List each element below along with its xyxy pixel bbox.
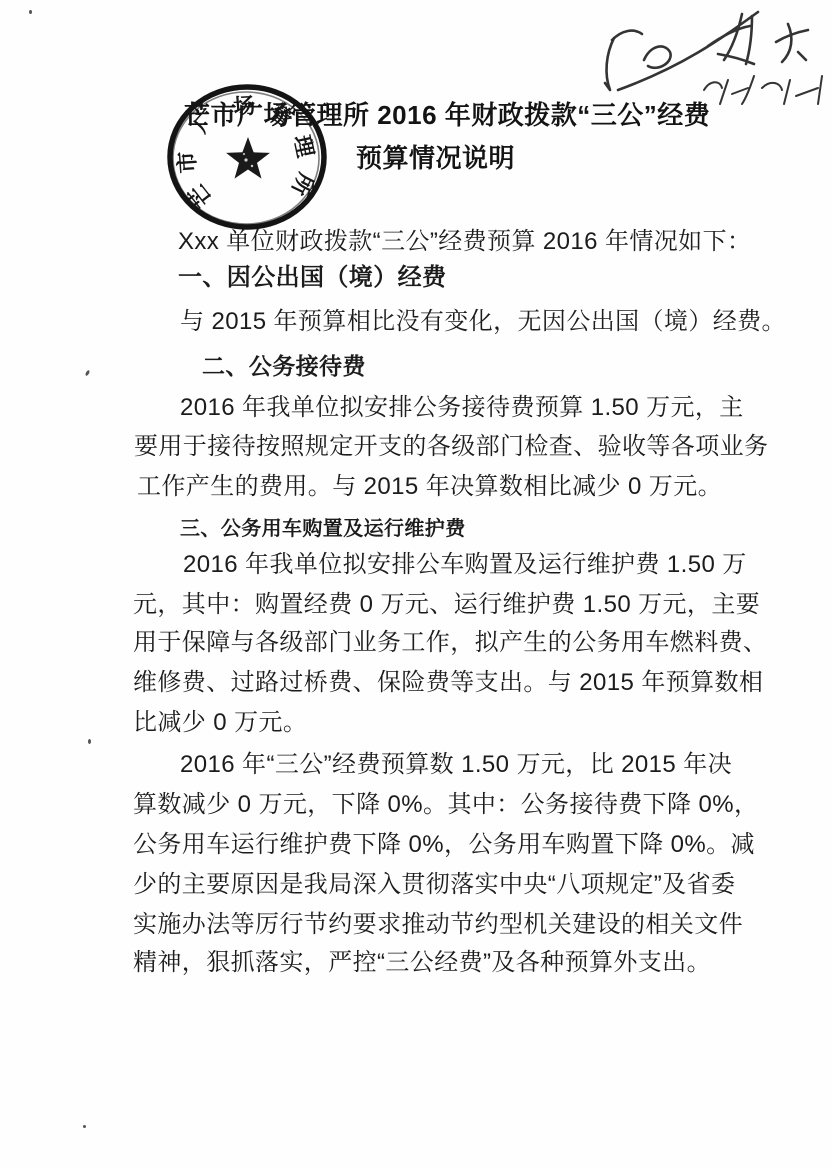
handwritten-note — [592, 2, 832, 114]
ink-speck — [83, 1125, 86, 1128]
approval-scribble-svg — [592, 2, 832, 114]
text-line: 2016 年“三公”经费预算数 1.50 万元，比 2015 年决 — [180, 751, 732, 778]
ink-speck — [85, 370, 91, 377]
seal-star-icon — [226, 137, 270, 179]
text-line: 精神，狠抓落实，严控“三公经费”及各种预算外支出。 — [133, 949, 711, 976]
text-line: 实施办法等厉行节约要求推动节约型机关建设的相关文件 — [133, 911, 743, 938]
text-line: 要用于接待按照规定开支的各级部门检查、验收等各项业务 — [134, 433, 768, 460]
text-line: 工作产生的费用。与 2015 年决算数相比减少 0 万元。 — [137, 473, 722, 500]
section-heading-1: 一、因公出国（境）经费 — [178, 264, 446, 291]
text-line: 少的主要原因是我局深入贯彻落实中央“八项规定”及省委 — [133, 871, 735, 898]
text-line: 算数减少 0 万元，下降 0%。其中：公务接待费下降 0%， — [133, 791, 758, 818]
text-line: 2016 年我单位拟安排公务接待费预算 1.50 万元，主 — [180, 394, 744, 421]
text-line: 与 2015 年预算相比没有变化，无因公出国（境）经费。 — [180, 308, 786, 335]
text-line: Xxx 单位财政拨款“三公”经费预算 2016 年情况如下： — [178, 228, 751, 255]
seal-char: 市 — [170, 150, 202, 174]
text-line: 比减少 0 万元。 — [133, 709, 307, 736]
text-line: 元，其中：购置经费 0 万元、运行维护费 1.50 万元，主要 — [133, 591, 760, 618]
doc-title-line-2: 预算情况说明 — [356, 144, 515, 172]
scanned-document-page: 芒 市 广 场 管 理 所 芒市广场管理所 2016 年财政拨款“三公”经费 预… — [0, 0, 832, 1168]
ink-speck — [29, 10, 32, 14]
ink-speck — [88, 739, 91, 744]
section-heading-3: 三、公务用车购置及运行维护费 — [180, 516, 466, 543]
section-heading-2: 二、公务接待费 — [202, 353, 366, 380]
text-line: 公务用车运行维护费下降 0%，公务用车购置下降 0%。减 — [133, 831, 755, 858]
text-line: 2016 年我单位拟安排公车购置及运行维护费 1.50 万 — [183, 551, 747, 578]
text-line: 用于保障与各级部门业务工作，拟产生的公务用车燃料费、 — [133, 629, 767, 656]
text-line: 维修费、过路过桥费、保险费等支出。与 2015 年预算数相 — [133, 669, 763, 696]
